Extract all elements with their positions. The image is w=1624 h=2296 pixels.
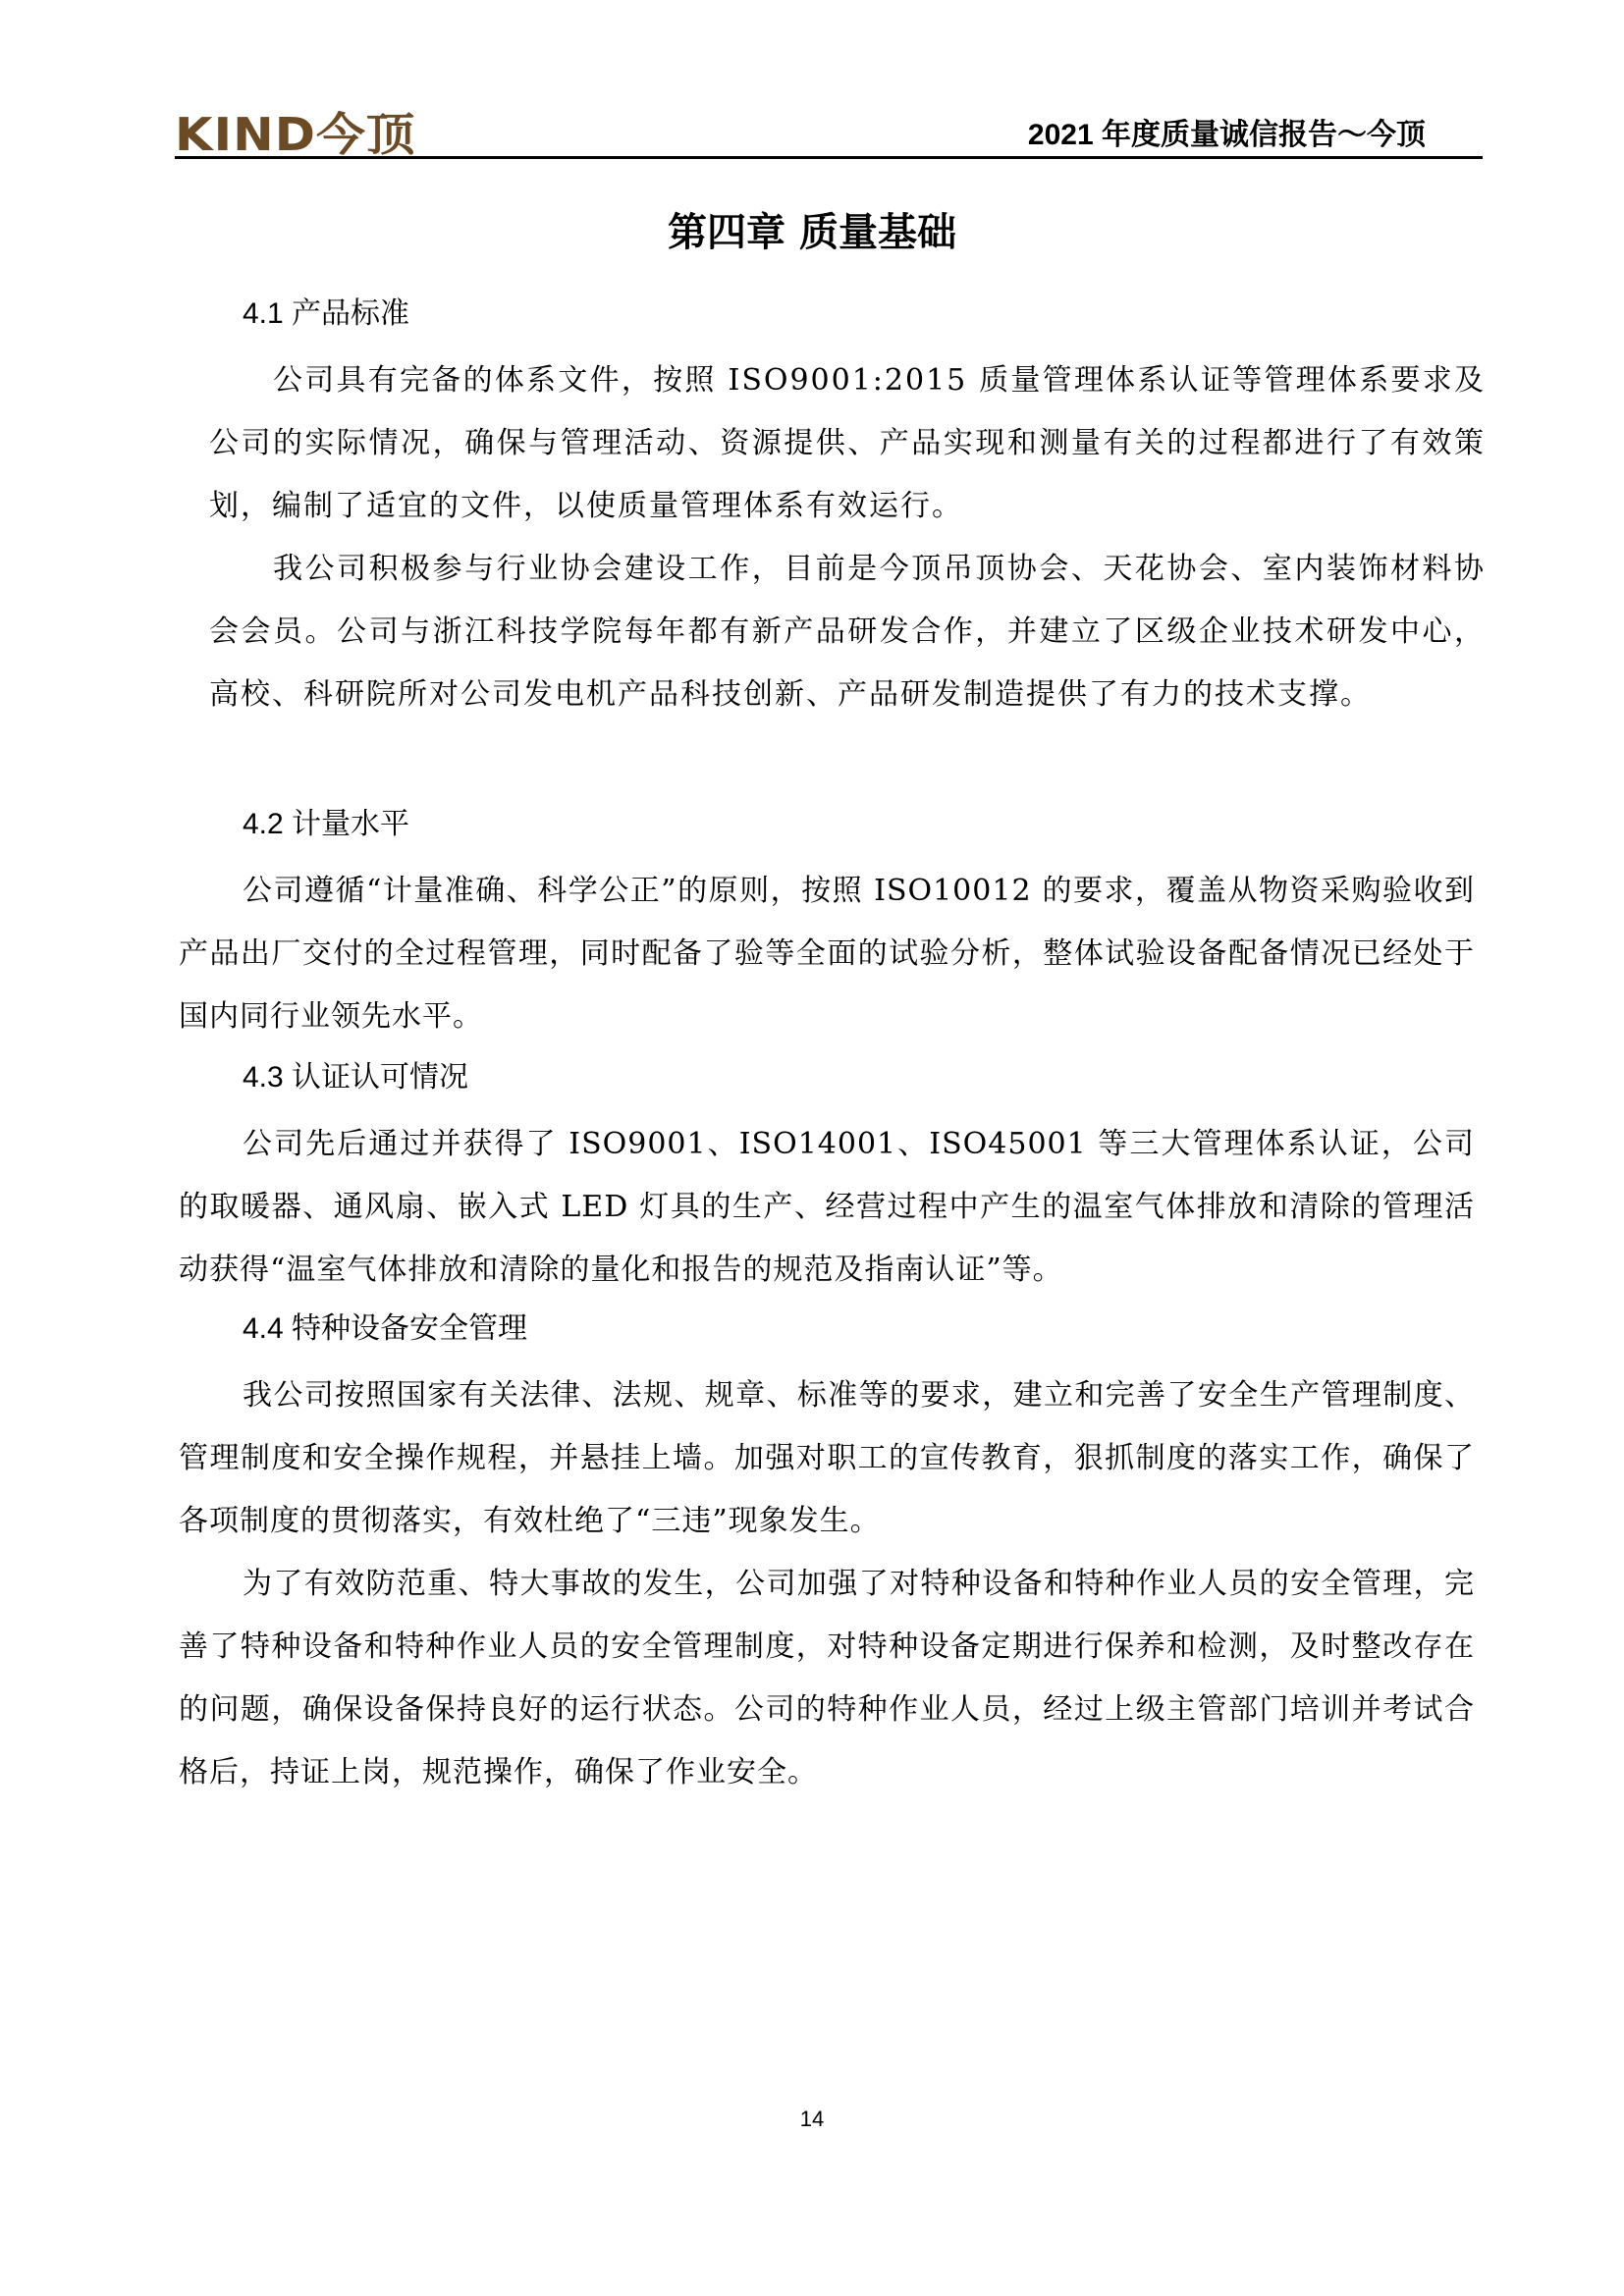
- paragraph: 公司先后通过并获得了 ISO9001、ISO14001、ISO45001 等三大…: [179, 1113, 1475, 1302]
- report-title: 2021 年度质量诚信报告～今顶: [1028, 118, 1426, 153]
- page-number: 14: [0, 2107, 1624, 2132]
- kind-logo: KIND今顶: [175, 110, 416, 159]
- paragraph: 我公司积极参与行业协会建设工作，目前是今顶吊顶协会、天花协会、室内装饰材料协会会…: [209, 538, 1486, 726]
- page-header: KIND今顶 2021 年度质量诚信报告～今顶: [175, 102, 1483, 161]
- header-divider: [175, 156, 1483, 159]
- section-heading-4-3: 4.3 认证认可情况: [243, 1058, 468, 1097]
- chapter-title: 第四章 质量基础: [0, 208, 1624, 257]
- paragraph: 为了有效防范重、特大事故的发生，公司加强了对特种设备和特种作业人员的安全管理，完…: [179, 1553, 1475, 1804]
- section-heading-4-4: 4.4 特种设备安全管理: [243, 1309, 527, 1349]
- paragraph: 公司具有完备的体系文件，按照 ISO9001:2015 质量管理体系认证等管理体…: [209, 349, 1486, 538]
- section-heading-4-1: 4.1 产品标准: [243, 294, 409, 334]
- paragraph: 公司遵循“计量准确、科学公正”的原则，按照 ISO10012 的要求，覆盖从物资…: [179, 860, 1475, 1048]
- paragraph: 我公司按照国家有关法律、法规、规章、标准等的要求，建立和完善了安全生产管理制度、…: [179, 1364, 1475, 1553]
- section-heading-4-2: 4.2 计量水平: [243, 805, 409, 844]
